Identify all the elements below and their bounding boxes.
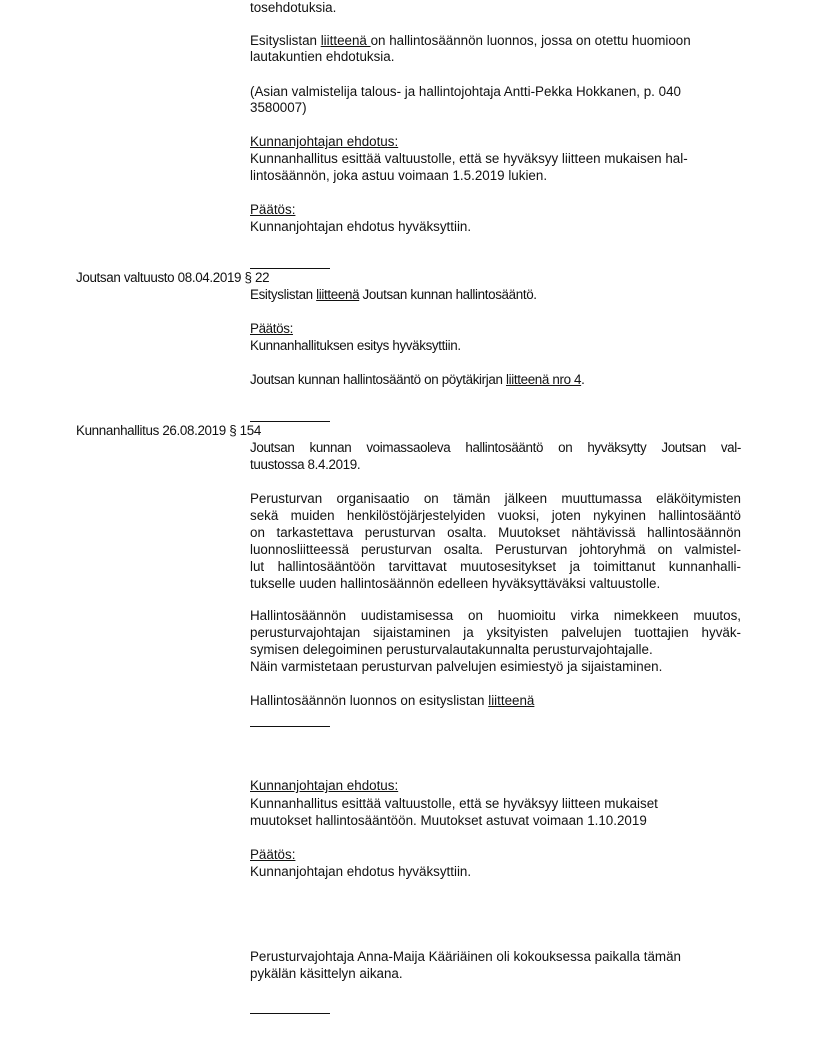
text: on hallintosäännön luonnos, jossa on ote… xyxy=(371,33,691,48)
meeting-label: Joutsan valtuusto 08.04.2019 § 22 xyxy=(76,270,269,286)
section-divider xyxy=(250,268,330,269)
text: Hallintosäännön luonnos on esityslistan xyxy=(250,693,488,708)
attachment-paragraph-line-2: lautakuntien ehdotuksia. xyxy=(250,49,394,65)
preparer-note-line-2: 3580007) xyxy=(250,100,307,116)
attendance-note: Perusturvajohtaja Anna-Maija Kääriäinen … xyxy=(250,949,681,965)
text: Esityslistan xyxy=(250,33,321,48)
text: Joutsan kunnan hallintosääntö. xyxy=(359,287,537,302)
draft-attachment-link[interactable]: liitteenä xyxy=(488,693,534,708)
paragraph-line: tukselle uuden hallintosäännön edelleen … xyxy=(250,576,660,592)
section-divider xyxy=(250,726,330,727)
proposal-text: Kunnanhallitus esittää valtuustolle, ett… xyxy=(250,151,688,167)
proposal-text-line-2: muutokset hallintosääntöön. Muutokset as… xyxy=(250,813,647,829)
paragraph-line: Hallintosäännön uudistamisessa on huomio… xyxy=(250,608,741,624)
paragraph-line: sekä muiden henkilöstöjärjestelyiden vuo… xyxy=(250,508,741,524)
text: Joutsan kunnan hallintosääntö on pöytäki… xyxy=(250,372,506,387)
paragraph-line: lut hallintosääntöön tarvittavat muutose… xyxy=(250,559,741,575)
attendance-note-line-2: pykälän käsittelyn aikana. xyxy=(250,966,403,982)
minutes-attachment-paragraph: Joutsan kunnan hallintosääntö on pöytäki… xyxy=(250,372,585,388)
minutes-attachment-link[interactable]: liitteenä nro 4 xyxy=(506,372,581,387)
decision-heading: Päätös: xyxy=(250,321,293,337)
text: Esityslistan xyxy=(250,287,316,302)
attachment-link[interactable]: liitteenä xyxy=(316,287,359,302)
section-divider xyxy=(250,421,330,422)
section-divider xyxy=(250,1013,330,1014)
attachment-link[interactable]: liitteenä xyxy=(321,33,371,48)
paragraph-line: Joutsan kunnan voimassaoleva hallintosää… xyxy=(250,440,741,456)
paragraph-line: luonnosliitteessä perusturvan osalta. Pe… xyxy=(250,542,741,558)
decision-text: Kunnanjohtajan ehdotus hyväksyttiin. xyxy=(250,864,471,880)
meeting-label: Kunnanhallitus 26.08.2019 § 154 xyxy=(76,423,261,439)
paragraph-tail: tosehdotuksia. xyxy=(250,0,336,16)
paragraph-line: tuustossa 8.4.2019. xyxy=(250,457,360,473)
text: . xyxy=(581,372,584,387)
draft-attachment-paragraph: Hallintosäännön luonnos on esityslistan … xyxy=(250,693,534,709)
paragraph-line: symisen delegoiminen perusturvalautakunn… xyxy=(250,642,653,658)
decision-heading: Päätös: xyxy=(250,847,295,863)
proposal-text-line-2: lintosäännön, joka astuu voimaan 1.5.201… xyxy=(250,168,547,184)
proposal-heading: Kunnanjohtajan ehdotus: xyxy=(250,778,398,794)
attachment-paragraph: Esityslistan liitteenä on hallintosäännö… xyxy=(250,33,691,49)
decision-text: Kunnanhallituksen esitys hyväksyttiin. xyxy=(250,338,461,354)
paragraph-line: Perusturvan organisaatio on tämän jälkee… xyxy=(250,491,741,507)
proposal-text: Kunnanhallitus esittää valtuustolle, ett… xyxy=(250,796,658,812)
proposal-heading: Kunnanjohtajan ehdotus: xyxy=(250,134,398,150)
attachment-paragraph: Esityslistan liitteenä Joutsan kunnan ha… xyxy=(250,287,537,303)
paragraph-line: Näin varmistetaan perusturvan palvelujen… xyxy=(250,659,662,675)
decision-text: Kunnanjohtajan ehdotus hyväksyttiin. xyxy=(250,219,471,235)
paragraph-line: on tarkastettava perusturvan osalta. Muu… xyxy=(250,525,741,541)
decision-heading: Päätös: xyxy=(250,202,295,218)
paragraph-line: perusturvajohtajan sijaistaminen ja yksi… xyxy=(250,625,741,641)
preparer-note: (Asian valmistelija talous- ja hallintoj… xyxy=(250,84,681,100)
